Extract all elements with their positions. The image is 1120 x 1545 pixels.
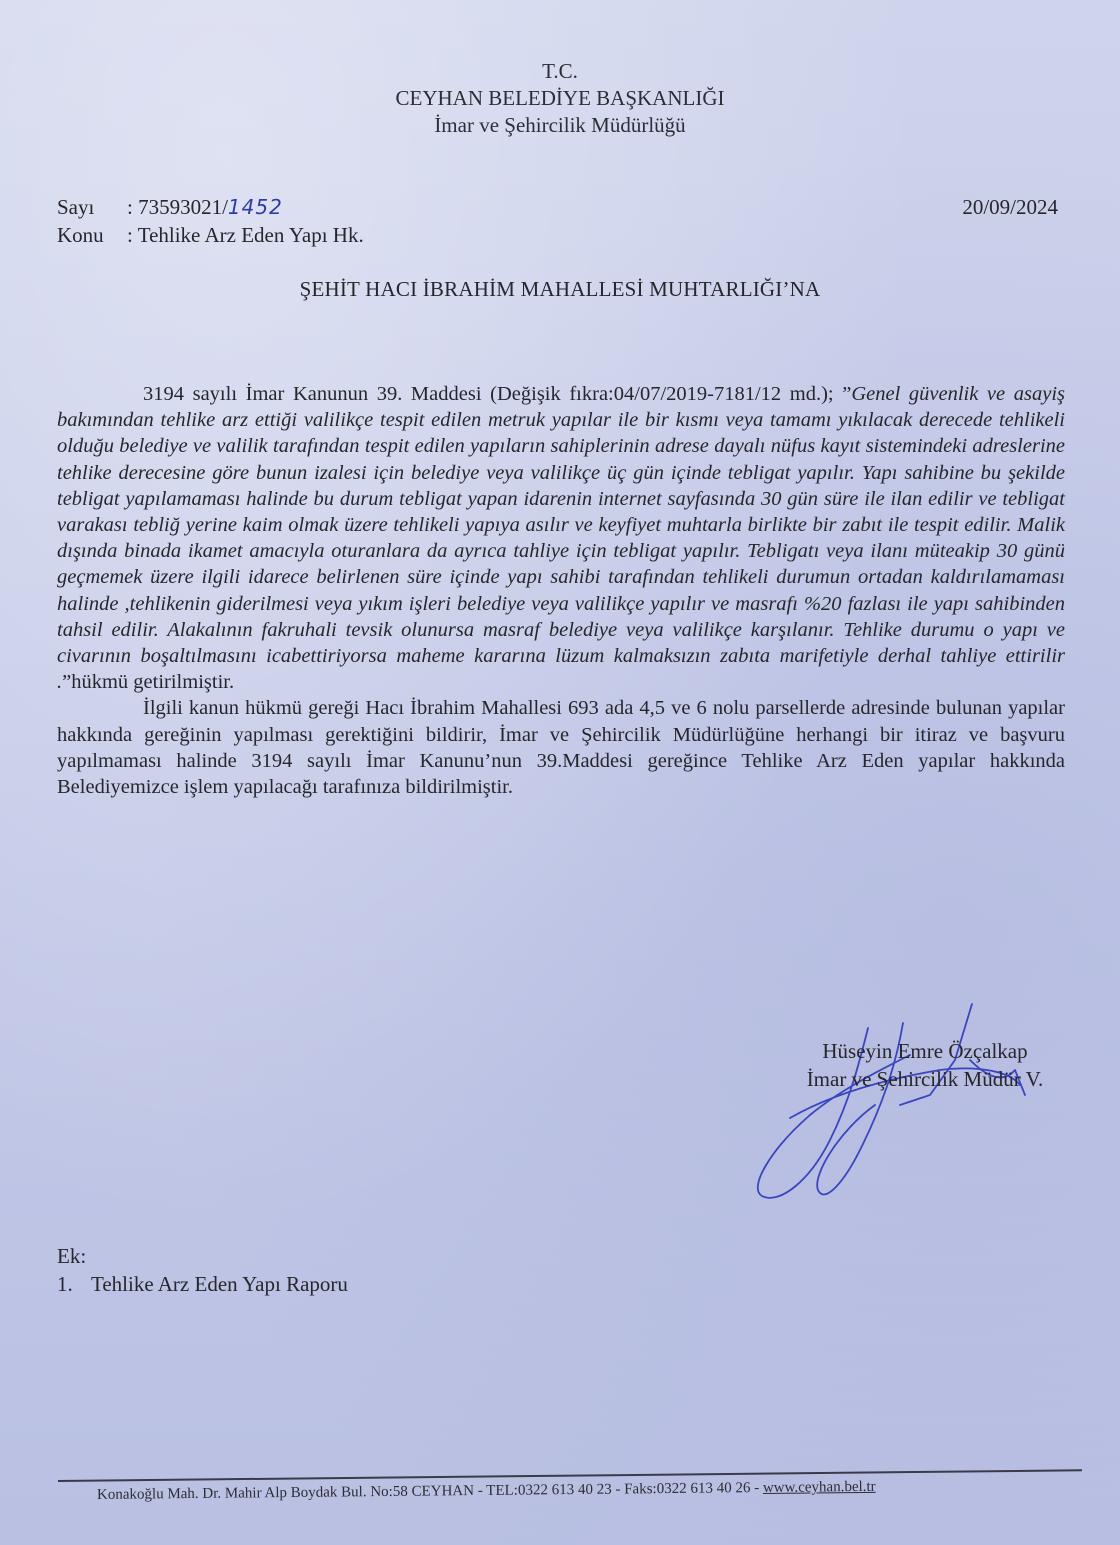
subject-label: Konu xyxy=(57,221,127,249)
reference-number-label: Sayı xyxy=(57,193,127,221)
attachments: Ek: 1. Tehlike Arz Eden Yapı Raporu xyxy=(57,1242,348,1298)
document-date: 20/09/2024 xyxy=(962,193,1058,221)
reference-number-value: : 73593021/ xyxy=(127,193,228,221)
letter-body: 3194 sayılı İmar Kanunun 39. Maddesi (De… xyxy=(57,381,1065,800)
footer-website-link[interactable]: www.ceyhan.bel.tr xyxy=(763,1479,876,1496)
signatory-name: Hüseyin Emre Özçalkap xyxy=(780,1037,1070,1065)
attachments-label: Ek: xyxy=(57,1242,348,1270)
footer-divider xyxy=(58,1469,1082,1482)
handwritten-signature-icon xyxy=(740,1000,1080,1210)
body-paragraph-law: 3194 sayılı İmar Kanunun 39. Maddesi (De… xyxy=(57,381,1065,695)
subject-row: Konu : Tehlike Arz Eden Yapı Hk. xyxy=(57,221,364,249)
attachment-item: 1. Tehlike Arz Eden Yapı Raporu xyxy=(57,1270,348,1298)
subject-value: : Tehlike Arz Eden Yapı Hk. xyxy=(127,221,364,249)
law-quote: Genel güvenlik ve asayiş bakımından tehl… xyxy=(57,383,1065,693)
recipient-heading: ŞEHİT HACI İBRAHİM MAHALLESİ MUHTARLIĞI’… xyxy=(0,277,1120,302)
attachment-number: 1. xyxy=(57,1270,91,1298)
letterhead-department: İmar ve Şehircilik Müdürlüğü xyxy=(0,112,1120,139)
signatory-title: İmar ve Şehircilik Müdür V. xyxy=(780,1065,1070,1093)
attachment-title: Tehlike Arz Eden Yapı Raporu xyxy=(91,1270,348,1298)
footer: Konakoğlu Mah. Dr. Mahir Alp Boydak Bul.… xyxy=(97,1479,876,1504)
letterhead-institution: CEYHAN BELEDİYE BAŞKANLIĞI xyxy=(0,85,1120,112)
footer-address: Konakoğlu Mah. Dr. Mahir Alp Boydak Bul.… xyxy=(97,1480,763,1503)
document-page: T.C. CEYHAN BELEDİYE BAŞKANLIĞI İmar ve … xyxy=(0,0,1120,1545)
body-paragraph-notice: İlgili kanun hükmü gereği Hacı İbrahim M… xyxy=(57,695,1065,800)
law-intro: 3194 sayılı İmar Kanunun 39. Maddesi (De… xyxy=(143,383,851,405)
signature-block: Hüseyin Emre Özçalkap İmar ve Şehircilik… xyxy=(780,1037,1070,1093)
reference-number-handwritten: 1452 xyxy=(228,193,283,221)
document-meta: Sayı : 73593021/ 1452 Konu : Tehlike Arz… xyxy=(57,193,364,249)
letterhead-country: T.C. xyxy=(0,58,1120,85)
reference-number-row: Sayı : 73593021/ 1452 xyxy=(57,193,364,221)
letterhead: T.C. CEYHAN BELEDİYE BAŞKANLIĞI İmar ve … xyxy=(0,58,1120,139)
law-conclusion: ”hükmü getirilmiştir. xyxy=(62,671,234,693)
